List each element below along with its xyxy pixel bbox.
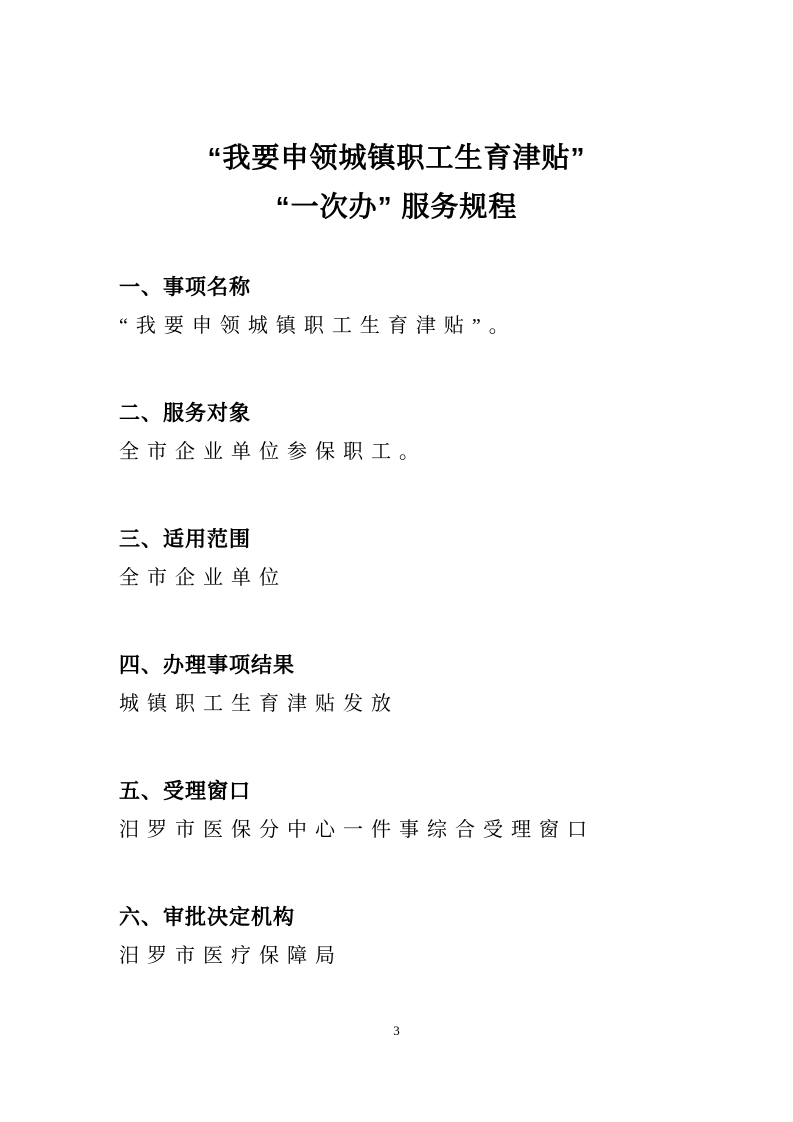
section-heading: 四、办理事项结果 bbox=[119, 651, 693, 681]
section-heading: 三、适用范围 bbox=[119, 525, 693, 555]
section-body-text: 汨罗市医疗保障局 bbox=[119, 941, 693, 971]
section-item-name: 一、事项名称 “我要申领城镇职工生育津贴”。 bbox=[119, 273, 693, 341]
section-approval-authority: 六、审批决定机构 汨罗市医疗保障局 bbox=[119, 903, 693, 971]
section-heading: 一、事项名称 bbox=[119, 273, 693, 303]
section-body-text: “我要申领城镇职工生育津贴”。 bbox=[119, 311, 693, 341]
page-number: 3 bbox=[0, 1023, 793, 1039]
section-heading: 六、审批决定机构 bbox=[119, 903, 693, 933]
document-title: “我要申领城镇职工生育津贴” “一次办” 服务规程 bbox=[0, 133, 793, 231]
section-heading: 五、受理窗口 bbox=[119, 777, 693, 807]
section-body-text: 城镇职工生育津贴发放 bbox=[119, 689, 693, 719]
document-title-line2: “一次办” 服务规程 bbox=[0, 182, 793, 231]
document-title-line1: “我要申领城镇职工生育津贴” bbox=[0, 133, 793, 182]
section-accept-window: 五、受理窗口 汨罗市医保分中心一件事综合受理窗口 bbox=[119, 777, 693, 845]
document-page: “我要申领城镇职工生育津贴” “一次办” 服务规程 一、事项名称 “我要申领城镇… bbox=[0, 0, 793, 1122]
section-heading: 二、服务对象 bbox=[119, 399, 693, 429]
section-body-text: 全市企业单位参保职工。 bbox=[119, 437, 693, 467]
section-body-text: 汨罗市医保分中心一件事综合受理窗口 bbox=[119, 815, 693, 845]
document-body: 一、事项名称 “我要申领城镇职工生育津贴”。 二、服务对象 全市企业单位参保职工… bbox=[0, 273, 793, 971]
section-body-text: 全市企业单位 bbox=[119, 563, 693, 593]
section-result: 四、办理事项结果 城镇职工生育津贴发放 bbox=[119, 651, 693, 719]
section-service-target: 二、服务对象 全市企业单位参保职工。 bbox=[119, 399, 693, 467]
section-scope: 三、适用范围 全市企业单位 bbox=[119, 525, 693, 593]
